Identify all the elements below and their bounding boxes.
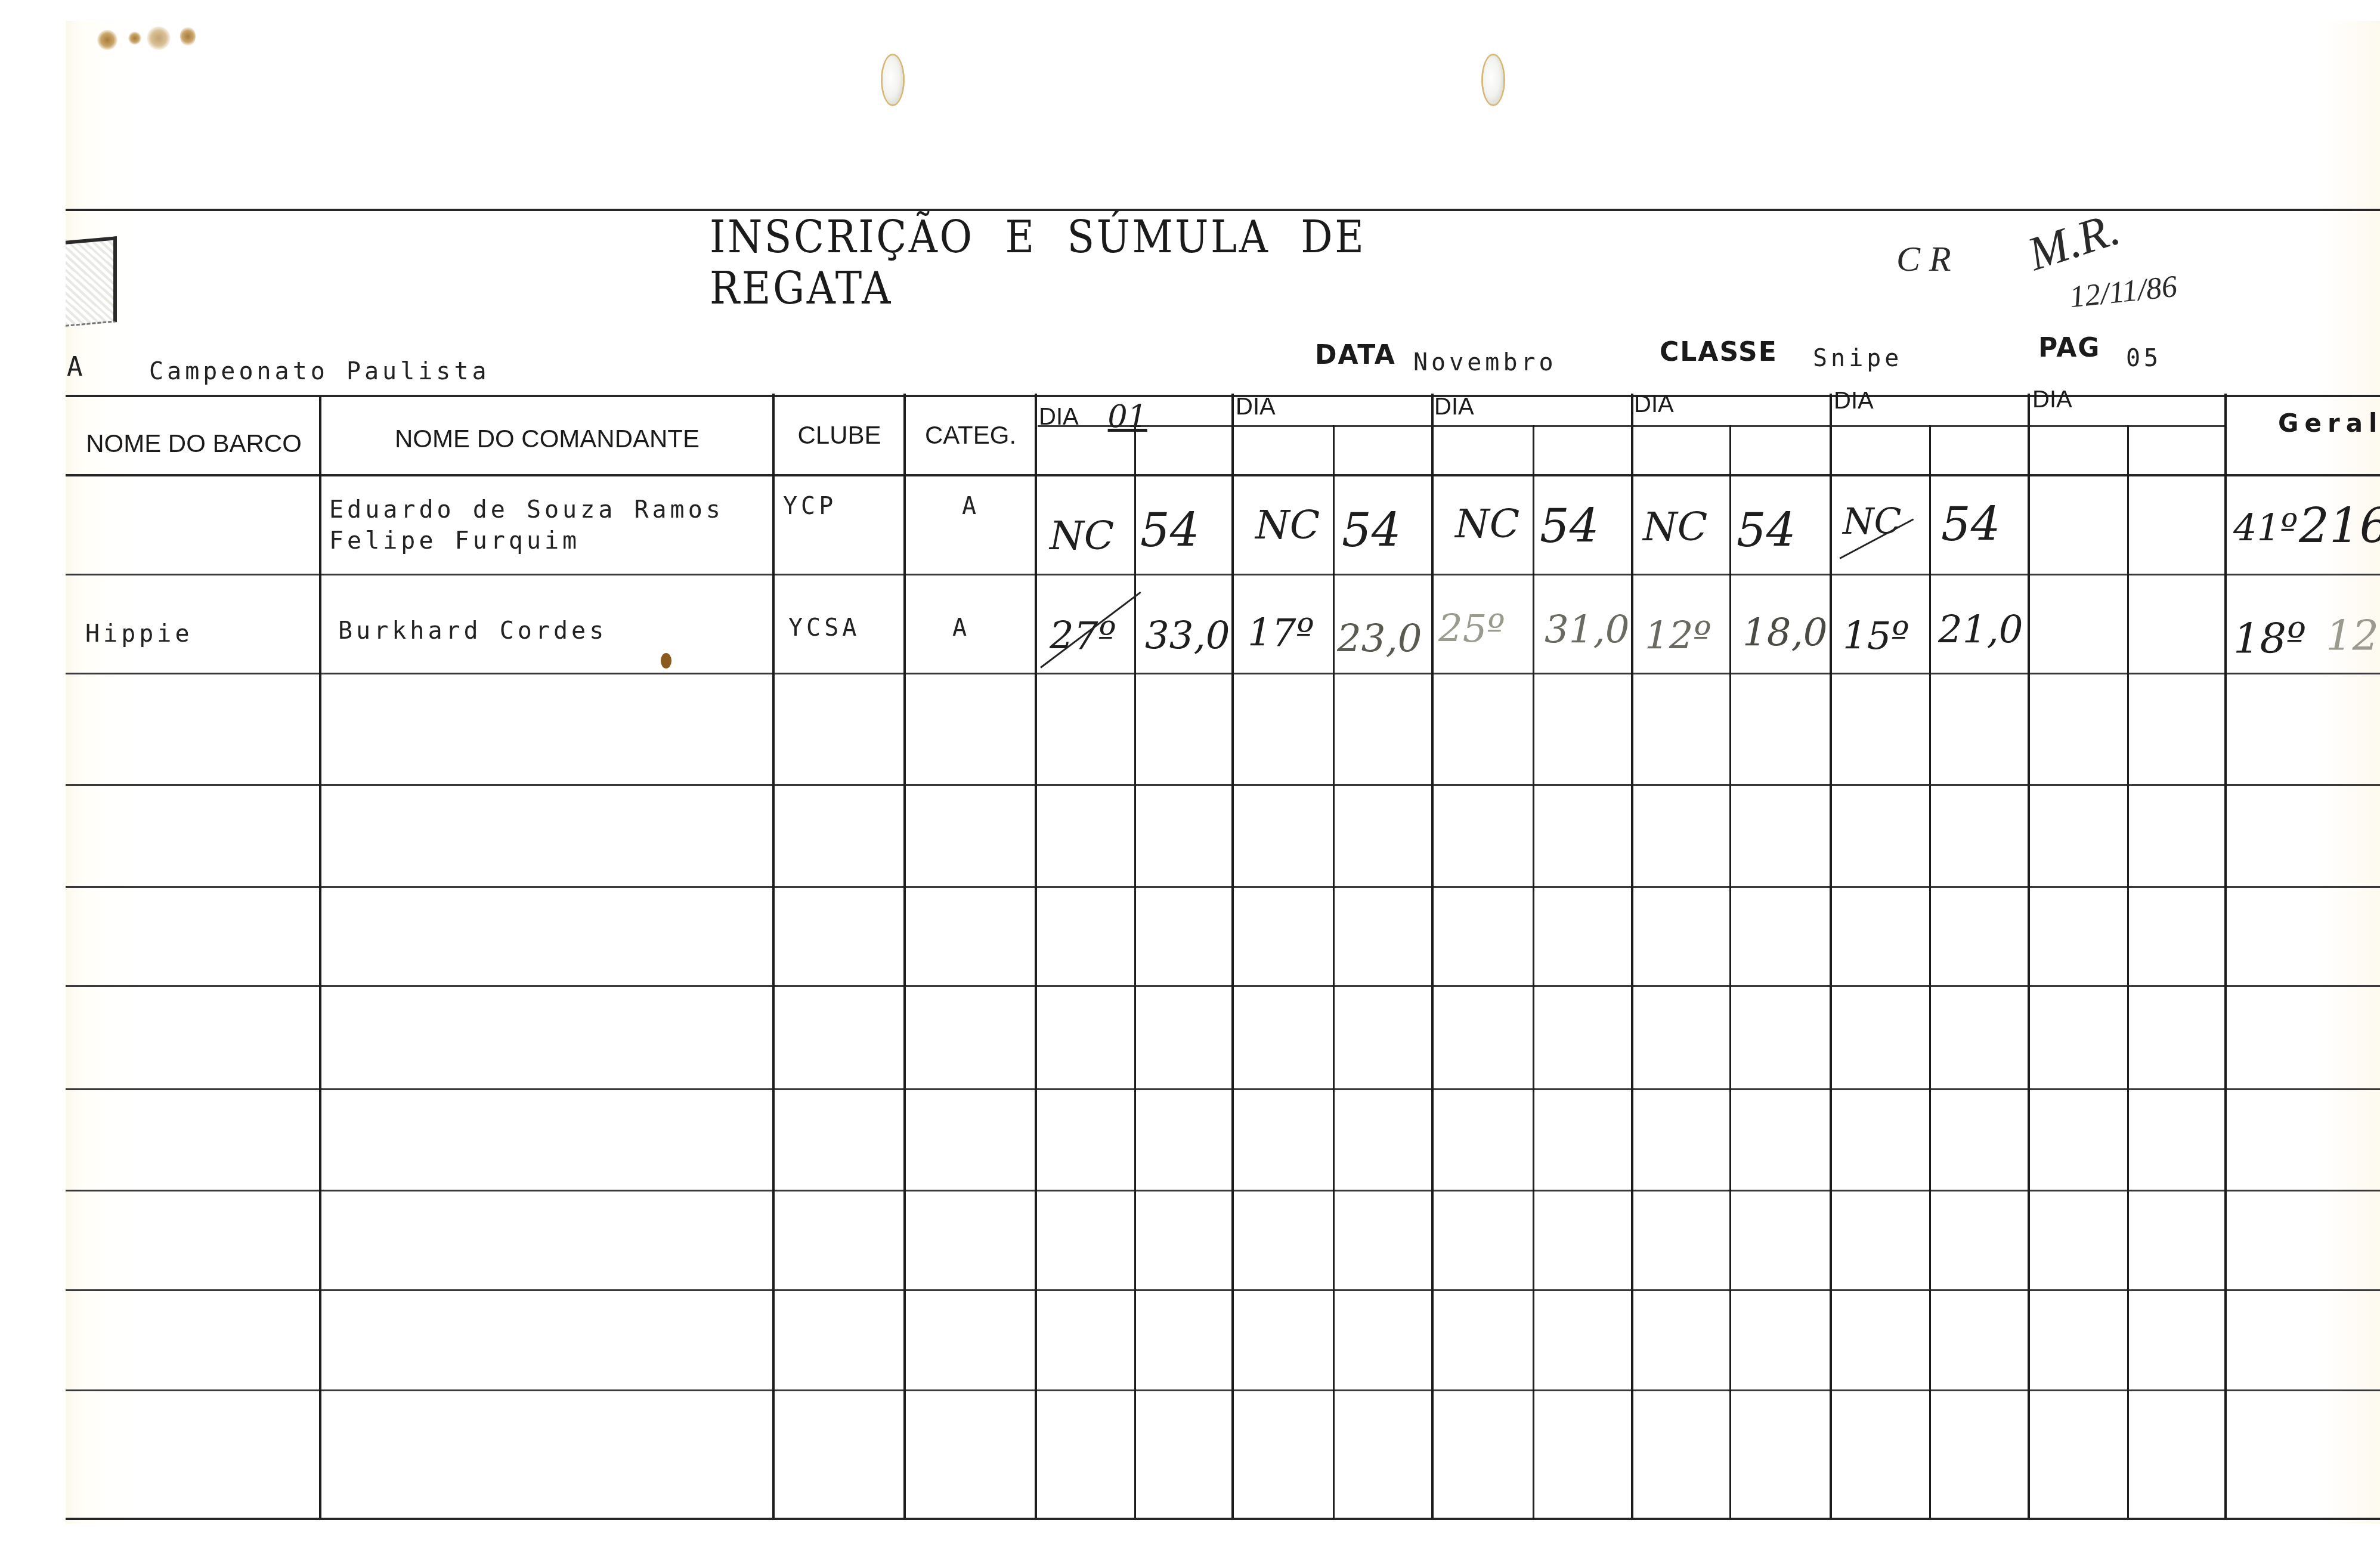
row-rule: [66, 1088, 2380, 1090]
row2-club: YCSA: [788, 614, 860, 642]
row-rule: [66, 1289, 2380, 1291]
bottom-rule: [66, 1518, 2380, 1520]
rust-stain: [128, 32, 141, 45]
header-day-6: DIA: [2032, 386, 2072, 413]
row-rule: [66, 985, 2380, 987]
row-rule: [66, 1389, 2380, 1391]
ink-spot: [661, 653, 671, 668]
approval-initials: C R: [1896, 239, 1951, 280]
header-day-4: DIA: [1634, 391, 1674, 418]
header-day-3: DIA: [1434, 394, 1474, 420]
row2-skipper-line1: Burkhard Cordes: [338, 617, 607, 645]
day-subcol-divider: [1729, 425, 1731, 1518]
row1-race5-place: NC: [1843, 501, 1901, 543]
punched-hole-left: [883, 55, 903, 104]
row-rule: [66, 784, 2380, 786]
row2-overall-place: 18º: [2233, 614, 2306, 663]
rust-stain: [147, 26, 171, 50]
col-divider: [1231, 394, 1234, 1518]
day-label: DIA: [1039, 404, 1077, 430]
col-divider: [1035, 394, 1037, 1518]
day-subcol-divider: [2127, 425, 2129, 1518]
pag-label: PAG: [2038, 333, 2100, 363]
col-divider: [903, 394, 906, 1518]
row1-race1-points: 54: [1140, 504, 1199, 558]
row1-category: A: [962, 493, 980, 520]
torn-stamp-fragment: [66, 236, 117, 327]
row2-race2-points: 23,0: [1337, 617, 1422, 661]
day-subcol-divider: [1929, 425, 1931, 1518]
top-rule: [66, 209, 2380, 211]
row-rule: [66, 574, 2380, 575]
row1-race1-place: NC: [1050, 513, 1114, 559]
row1-race2-points: 54: [1342, 504, 1401, 558]
col-divider: [772, 394, 775, 1518]
col-divider: [2028, 394, 2030, 1518]
day-subcol-divider: [1333, 425, 1335, 1518]
row1-race4-place: NC: [1643, 504, 1707, 550]
row2-race5-place: 15º: [1843, 614, 1909, 658]
row2-race4-place: 12º: [1645, 614, 1712, 658]
day-subcol-divider: [1533, 425, 1534, 1518]
data-value: Novembro: [1413, 349, 1557, 376]
row1-race3-place: NC: [1455, 501, 1519, 547]
rust-stain: [180, 26, 196, 47]
row1-overall-place: 41º: [2233, 506, 2298, 549]
row2-race4-points: 18,0: [1743, 611, 1828, 655]
row-rule: [66, 886, 2380, 888]
header-day-5: DIA: [1834, 388, 1874, 414]
col-divider: [319, 397, 321, 1518]
row-rule: [66, 1190, 2380, 1191]
row1-overall-points: 216: [2299, 498, 2380, 553]
header-overall: Geral: [2278, 408, 2380, 438]
data-label: DATA: [1315, 340, 1396, 370]
header-boat-name: NOME DO BARCO: [69, 429, 319, 458]
event-name: Campeonato Paulista: [149, 358, 490, 385]
row2-boat: Hippie: [85, 620, 193, 648]
row2-race1-points: 33,0: [1145, 614, 1230, 658]
row2-race2-place: 17º: [1248, 611, 1314, 655]
row1-skipper-line2: Felipe Furquim: [329, 527, 580, 555]
row1-club: YCP: [783, 493, 837, 520]
punched-hole-right: [1483, 55, 1503, 104]
col-divider: [1631, 394, 1633, 1518]
pag-value: 05: [2126, 345, 2162, 372]
header-club: CLUBE: [775, 421, 903, 450]
row1-race3-points: 54: [1540, 500, 1599, 553]
classe-value: Snipe: [1813, 345, 1902, 372]
row-rule: [66, 673, 2380, 674]
row2-category: A: [952, 614, 970, 642]
header-day-1: DIA 01: [1039, 397, 1124, 432]
day-1-value: 01: [1108, 399, 1147, 435]
row1-skipper-line1: Eduardo de Souza Ramos: [329, 496, 724, 524]
classe-label: CLASSE: [1660, 337, 1778, 367]
header-day-2: DIA: [1236, 394, 1276, 420]
col-divider: [2224, 394, 2227, 1518]
header-bottom-rule: [66, 474, 2380, 476]
col-divider: [1431, 394, 1434, 1518]
row2-overall-points: 12: [2326, 611, 2379, 660]
day-subcol-divider: [1134, 425, 1136, 1518]
row2-race3-points: 31,0: [1545, 608, 1630, 652]
rust-stain: [97, 30, 117, 50]
header-category: CATEG.: [906, 421, 1035, 450]
form-title: INSCRIÇÃO E SÚMULA DE REGATA: [710, 212, 1488, 314]
header-skipper-name: NOME DO COMANDANTE: [322, 425, 772, 453]
col-divider: [1830, 394, 1832, 1518]
row1-race4-points: 54: [1737, 504, 1796, 558]
row1-race2-place: NC: [1255, 502, 1320, 548]
row2-race3-place: 25º: [1438, 607, 1505, 651]
row2-race5-points: 21,0: [1938, 608, 2023, 652]
row1-race5-points: 54: [1941, 498, 2000, 552]
series-letter: A: [67, 352, 86, 382]
